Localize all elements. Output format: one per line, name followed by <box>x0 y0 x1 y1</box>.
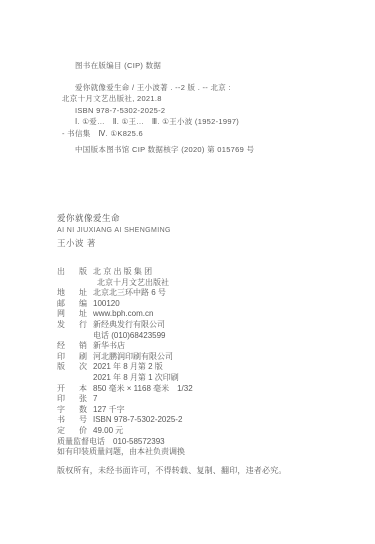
colophon-row-postcode: 邮编 100120 <box>57 299 332 310</box>
colophon-row-printer: 印刷 河北鹏润印刷有限公司 <box>57 352 332 363</box>
cip-classification-line-2: - 书信集 Ⅳ. ①K825.6 <box>62 128 332 140</box>
colophon-value: 河北鹏润印刷有限公司 <box>93 352 332 363</box>
colophon-label: 网址 <box>57 309 87 320</box>
colophon-row-price: 定价 49.00 元 <box>57 426 332 437</box>
copyright-notice: 版权所有，未经书面许可，不得转载、复制、翻印，违者必究。 <box>57 465 347 476</box>
cip-isbn-line: ISBN 978-7-5302-2025-2 <box>62 105 332 117</box>
book-copyright-page: 图书在版编目 (CIP) 数据 爱你就像爱生命 / 王小波著 . --2 版 .… <box>0 0 375 544</box>
colophon-label: 邮编 <box>57 299 87 310</box>
colophon-value-line: 北京十月文艺出版社 <box>93 278 332 289</box>
colophon-row-website: 网址 www.bph.com.cn <box>57 309 332 320</box>
colophon-row-format: 开本 850 毫米 × 1168 毫米 1/32 <box>57 384 332 395</box>
colophon-value: 49.00 元 <box>93 426 332 437</box>
cip-classification-line-1: Ⅰ. ①爱… Ⅱ. ①王… Ⅲ. ①王小波 (1952-1997) <box>62 116 332 128</box>
colophon-value: 127 千字 <box>93 405 332 416</box>
cip-entry-line-1: 爱你就像爱生命 / 王小波著 . --2 版 . -- 北京 : <box>62 82 332 94</box>
colophon-value: www.bph.com.cn <box>93 309 332 320</box>
colophon-value: ISBN 978-7-5302-2025-2 <box>93 415 332 426</box>
colophon-block: 出版 北 京 出 版 集 团 北京十月文艺出版社 地址 北京北三环中路 6 号 … <box>57 267 332 458</box>
colophon-label: 印刷 <box>57 352 87 363</box>
colophon-label: 经销 <box>57 341 87 352</box>
colophon-label: 发行 <box>57 320 87 341</box>
cip-data-block: 图书在版编目 (CIP) 数据 爱你就像爱生命 / 王小波著 . --2 版 .… <box>62 60 332 156</box>
book-author: 王小波 著 <box>57 237 171 250</box>
book-title: 爱你就像爱生命 <box>57 212 171 225</box>
colophon-label: 版次 <box>57 362 87 383</box>
colophon-value-line: 新经典发行有限公司 <box>93 320 332 331</box>
colophon-value: 850 毫米 × 1168 毫米 1/32 <box>93 384 332 395</box>
colophon-value-line: 2021 年 8 月第 2 版 <box>93 362 332 373</box>
colophon-row-wordcount: 字数 127 千字 <box>57 405 332 416</box>
quality-note-line: 如有印装质量问题，由本社负责调换 <box>57 447 332 458</box>
colophon-value: 100120 <box>93 299 332 310</box>
colophon-value: 北 京 出 版 集 团 北京十月文艺出版社 <box>93 267 332 288</box>
colophon-row-publisher: 出版 北 京 出 版 集 团 北京十月文艺出版社 <box>57 267 332 288</box>
colophon-label: 书号 <box>57 415 87 426</box>
colophon-row-sheets: 印张 7 <box>57 394 332 405</box>
book-title-pinyin: AI NI JIUXIANG AI SHENGMING <box>57 225 171 237</box>
colophon-value: 北京北三环中路 6 号 <box>93 288 332 299</box>
colophon-row-edition: 版次 2021 年 8 月第 2 版 2021 年 8 月第 1 次印刷 <box>57 362 332 383</box>
colophon-label: 字数 <box>57 405 87 416</box>
colophon-row-isbn: 书号 ISBN 978-7-5302-2025-2 <box>57 415 332 426</box>
quality-phone-line: 质量监督电话 010-58572393 <box>57 437 332 448</box>
colophon-value: 新经典发行有限公司 电话 (010)68423599 <box>93 320 332 341</box>
colophon-value-line: 2021 年 8 月第 1 次印刷 <box>93 373 332 384</box>
colophon-row-distributor: 发行 新经典发行有限公司 电话 (010)68423599 <box>57 320 332 341</box>
colophon-value-line: 电话 (010)68423599 <box>93 331 332 342</box>
colophon-label: 地址 <box>57 288 87 299</box>
cip-heading: 图书在版编目 (CIP) 数据 <box>62 60 332 72</box>
colophon-row-address: 地址 北京北三环中路 6 号 <box>57 288 332 299</box>
colophon-row-retailer: 经销 新华书店 <box>57 341 332 352</box>
cip-registry-line: 中国版本图书馆 CIP 数据核字 (2020) 第 015769 号 <box>62 144 332 156</box>
colophon-label: 定价 <box>57 426 87 437</box>
colophon-value: 7 <box>93 394 332 405</box>
cip-entry-line-2: 北京十月文艺出版社, 2021.8 <box>62 93 332 105</box>
colophon-label: 出版 <box>57 267 87 288</box>
colophon-value-line: 北 京 出 版 集 团 <box>93 267 332 278</box>
colophon-label: 印张 <box>57 394 87 405</box>
colophon-value: 2021 年 8 月第 2 版 2021 年 8 月第 1 次印刷 <box>93 362 332 383</box>
colophon-label: 开本 <box>57 384 87 395</box>
colophon-value: 新华书店 <box>93 341 332 352</box>
spacer <box>62 72 332 82</box>
title-block: 爱你就像爱生命 AI NI JIUXIANG AI SHENGMING 王小波 … <box>57 212 171 250</box>
